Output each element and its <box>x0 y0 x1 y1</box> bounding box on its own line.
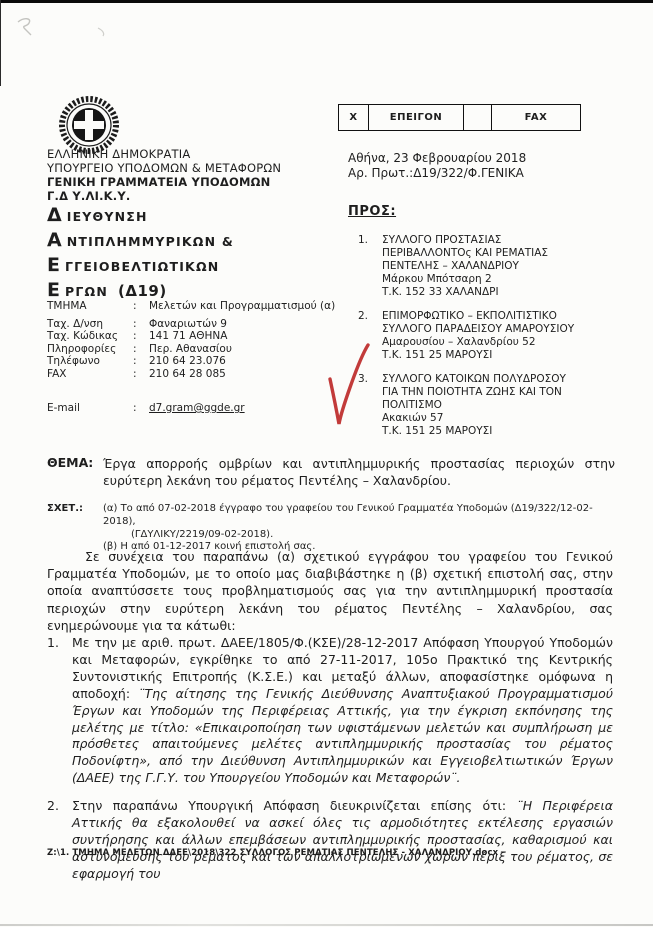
org-line-secretariat: ΓΕΝΙΚΗ ΓΡΑΜΜΑΤΕΙΑ ΥΠΟΔΟΜΩΝ <box>47 175 281 189</box>
scan-edge-bottom <box>0 924 653 926</box>
recipient-line: ΣΥΛΛΟΓΟ ΠΡΟΣΤΑΣΙΑΣ <box>382 234 501 246</box>
directorate-title: ΔΙΕΥΘΥΝΣΗ ΑΝΤΙΠΛΗΜΜΥΡΙΚΩΝ & ΕΓΓΕΙΟΒΕΛΤΙΩ… <box>47 204 234 304</box>
recipient-3: 3. ΣΥΛΛΟΓΟ ΚΑΤΟΙΚΩΝ ΠΟΛΥΔΡΟΣΟΥ ΓΙΑ ΤΗΝ Π… <box>358 373 628 438</box>
directorate-line-1: ΔΙΕΥΘΥΝΣΗ <box>47 204 234 229</box>
recipient-address: ΣΥΛΛΟΓΟ ΠΡΟΣΤΑΣΙΑΣ ΠΕΡΙΒΑΛΛΟΝΤΟς ΚΑΙ ΡΕΜ… <box>382 234 628 299</box>
recipient-line: Τ.Κ. 151 25 ΜΑΡΟΥΣΙ <box>382 425 492 437</box>
references-list: (α) Το από 07-02-2018 έγγραφο του γραφεί… <box>103 503 618 554</box>
contact-value: Περ. Αθανασίου <box>149 343 232 356</box>
recipient-line: ΓΙΑ ΤΗΝ ΠΟΙΟΤΗΤΑ ΖΩΗΣ ΚΑΙ ΤΟΝ <box>382 386 562 398</box>
protocol-number: Αρ. Πρωτ.:Δ19/322/Φ.ΓΕΝΙΚΑ <box>348 166 526 181</box>
recipient-line: ΕΠΙΜΟΡΦΩΤΙΚΟ – ΕΚΠΟΛΙΤΙΣΤΙΚΟ <box>382 310 557 322</box>
body-intro-paragraph: Σε συνέχεια του παραπάνω (α) σχετικού εγ… <box>47 548 613 634</box>
org-line-republic: ΕΛΛΗΝΙΚΗ ΔΗΜΟΚΡΑΤΙΑ <box>47 147 281 161</box>
org-line-gdyliky: Γ.Δ Υ.ΛΙ.Κ.Υ. <box>47 189 281 203</box>
item-text: Στην παραπάνω Υπουργική Απόφαση διευκριν… <box>72 798 613 883</box>
references-label: ΣΧΕΤ.: <box>47 503 83 514</box>
email-address: d7.gram@ggde.gr <box>149 402 245 414</box>
dir-initial: Ε <box>47 279 61 301</box>
recipient-number: 1. <box>358 234 382 299</box>
scan-artifact-squiggle <box>10 8 120 48</box>
recipient-line: Ακακιών 57 <box>382 412 443 424</box>
contact-colon: : <box>133 330 149 343</box>
directorate-line-2: ΑΝΤΙΠΛΗΜΜΥΡΙΚΩΝ & <box>47 229 234 254</box>
stamp-check-cell: X <box>339 105 369 130</box>
dir-initial: Α <box>47 229 63 251</box>
reference-a: (α) Το από 07-02-2018 έγγραφο του γραφεί… <box>103 503 618 529</box>
red-checkmark-icon <box>324 341 374 436</box>
recipient-address: ΕΠΙΜΟΡΦΩΤΙΚΟ – ΕΚΠΟΛΙΤΙΣΤΙΚΟ ΣΥΛΛΟΓΟ ΠΑΡ… <box>382 310 628 362</box>
recipient-line: Τ.Κ. 152 33 ΧΑΛΑΝΔΡΙ <box>382 286 499 298</box>
recipient-line: ΣΥΛΛΟΓΟ ΚΑΤΟΙΚΩΝ ΠΟΛΥΔΡΟΣΟΥ <box>382 373 566 385</box>
directorate-line-3: ΕΓΓΕΙΟΒΕΛΤΙΩΤΙΚΩΝ <box>47 254 234 279</box>
item-text-quote: ¨Της αίτησης της Γενικής Διεύθυνσης Αναπ… <box>72 686 613 786</box>
footer-file-path: Z:\1. ΤΜΗΜΑ ΜΕΛΕΤΩΝ ΔΑΕΕ\2018\322 ΣΥΛΛΟΓ… <box>47 848 498 858</box>
contact-row-info: Πληροφορίες : Περ. Αθανασίου <box>47 343 335 356</box>
contact-label: Τηλέφωνο <box>47 355 133 368</box>
recipient-line: Τ.Κ. 151 25 ΜΑΡΟΥΣΙ <box>382 349 492 361</box>
body-item-1: 1. Με την με αριθ. πρωτ. ΔΑΕΕ/1805/Φ.(ΚΣ… <box>47 635 613 787</box>
recipient-line: ΣΥΛΛΟΓΟ ΠΑΡΑΔΕΙΣΟΥ ΑΜΑΡΟΥΣΙΟΥ <box>382 323 574 335</box>
recipient-line: ΠΕΡΙΒΑΛΛΟΝΤΟς ΚΑΙ ΡΕΜΑΤΙΑΣ <box>382 247 548 259</box>
dir-rest: ΝΤΙΠΛΗΜΜΥΡΙΚΩΝ & <box>67 234 234 249</box>
stamp-empty-cell <box>464 105 492 130</box>
dir-rest: ΡΓΩΝ <box>65 284 108 299</box>
contact-label: ΤΜΗΜΑ <box>47 300 133 313</box>
recipient-line: Αμαρουσίου – Χαλανδρίου 52 <box>382 336 536 348</box>
date-line: Αθήνα, 23 Φεβρουαρίου 2018 <box>348 151 526 166</box>
recipient-2: 2. ΕΠΙΜΟΡΦΩΤΙΚΟ – ΕΚΠΟΛΙΤΙΣΤΙΚΟ ΣΥΛΛΟΓΟ … <box>358 310 628 362</box>
date-protocol-block: Αθήνα, 23 Φεβρουαρίου 2018 Αρ. Πρωτ.:Δ19… <box>348 151 526 181</box>
subject-text: Έργα απορροής ομβρίων και αντιπλημμυρική… <box>103 455 615 489</box>
contact-value: 210 64 23.076 <box>149 355 226 368</box>
stamp-urgent-cell: ΕΠΕΙΓΟΝ <box>369 105 464 130</box>
email-label: E-mail <box>47 402 133 414</box>
dir-initial: Ε <box>47 254 61 276</box>
dir-rest: ΙΕΥΘΥΝΣΗ <box>67 209 148 224</box>
contact-colon: : <box>133 300 149 313</box>
contact-info: ΤΜΗΜΑ : Μελετών και Προγραμματισμού (α) … <box>47 300 335 381</box>
contact-value: 210 64 28 085 <box>149 368 226 381</box>
subject-label: ΘΕΜΑ: <box>47 455 93 470</box>
body-item-2: 2. Στην παραπάνω Υπουργική Απόφαση διευκ… <box>47 798 613 883</box>
contact-row-address: Ταχ. Δ/νση : Φαναριωτών 9 <box>47 318 335 331</box>
scanned-letter-page: ΕΛΛΗΝΙΚΗ ΔΗΜΟΚΡΑΤΙΑ ΥΠΟΥΡΓΕΙΟ ΥΠΟΔΟΜΩΝ &… <box>0 0 653 927</box>
item-number: 1. <box>47 635 72 787</box>
contact-row-email: E-mail : d7.gram@ggde.gr <box>47 402 245 414</box>
to-label: ΠΡΟΣ: <box>348 204 396 219</box>
recipient-line: ΠΟΛΙΤΙΣΜΟ <box>382 399 442 411</box>
contact-label: Ταχ. Κώδικας <box>47 330 133 343</box>
contact-row-postcode: Ταχ. Κώδικας : 141 71 ΑΘΗΝΑ <box>47 330 335 343</box>
contact-colon: : <box>133 355 149 368</box>
dir-code: (Δ19) <box>118 282 167 300</box>
contact-row-tmima: ΤΜΗΜΑ : Μελετών και Προγραμματισμού (α) <box>47 300 335 313</box>
scan-edge-top <box>0 0 653 3</box>
dir-rest: ΓΓΕΙΟΒΕΛΤΙΩΤΙΚΩΝ <box>65 259 219 274</box>
item-number: 2. <box>47 798 72 883</box>
contact-value: Φαναριωτών 9 <box>149 318 227 331</box>
contact-colon: : <box>133 318 149 331</box>
recipient-line: Μάρκου Μπότσαρη 2 <box>382 273 492 285</box>
dir-initial: Δ <box>47 204 63 226</box>
contact-value: Μελετών και Προγραμματισμού (α) <box>149 300 335 313</box>
org-line-ministry: ΥΠΟΥΡΓΕΙΟ ΥΠΟΔΟΜΩΝ & ΜΕΤΑΦΟΡΩΝ <box>47 161 281 175</box>
contact-label: Πληροφορίες <box>47 343 133 356</box>
reference-a-cont: (ΓΔΥΛΙΚΥ/2219/09-02-2018). <box>131 529 618 542</box>
email-colon: : <box>133 402 149 414</box>
scan-edge-left <box>0 0 1 86</box>
recipients-list: 1. ΣΥΛΛΟΓΟ ΠΡΟΣΤΑΣΙΑΣ ΠΕΡΙΒΑΛΛΟΝΤΟς ΚΑΙ … <box>358 234 628 449</box>
stamp-fax-cell: FAX <box>492 105 580 130</box>
item-text: Με την με αριθ. πρωτ. ΔΑΕΕ/1805/Φ.(ΚΣΕ)/… <box>72 635 613 787</box>
contact-label: Ταχ. Δ/νση <box>47 318 133 331</box>
recipient-line: ΠΕΝΤΕΛΗΣ – ΧΑΛΑΝΔΡΙΟΥ <box>382 260 519 272</box>
contact-value: 141 71 ΑΘΗΝΑ <box>149 330 227 343</box>
contact-colon: : <box>133 368 149 381</box>
item-text-normal: Στην παραπάνω Υπουργική Απόφαση διευκριν… <box>72 798 517 813</box>
recipient-1: 1. ΣΥΛΛΟΓΟ ΠΡΟΣΤΑΣΙΑΣ ΠΕΡΙΒΑΛΛΟΝΤΟς ΚΑΙ … <box>358 234 628 299</box>
ministry-header: ΕΛΛΗΝΙΚΗ ΔΗΜΟΚΡΑΤΙΑ ΥΠΟΥΡΓΕΙΟ ΥΠΟΔΟΜΩΝ &… <box>47 147 281 203</box>
contact-row-phone: Τηλέφωνο : 210 64 23.076 <box>47 355 335 368</box>
urgency-stamp-table: X ΕΠΕΙΓΟΝ FAX <box>338 104 581 131</box>
contact-label: FAX <box>47 368 133 381</box>
contact-row-fax: FAX : 210 64 28 085 <box>47 368 335 381</box>
recipient-address: ΣΥΛΛΟΓΟ ΚΑΤΟΙΚΩΝ ΠΟΛΥΔΡΟΣΟΥ ΓΙΑ ΤΗΝ ΠΟΙΟ… <box>382 373 628 438</box>
contact-colon: : <box>133 343 149 356</box>
